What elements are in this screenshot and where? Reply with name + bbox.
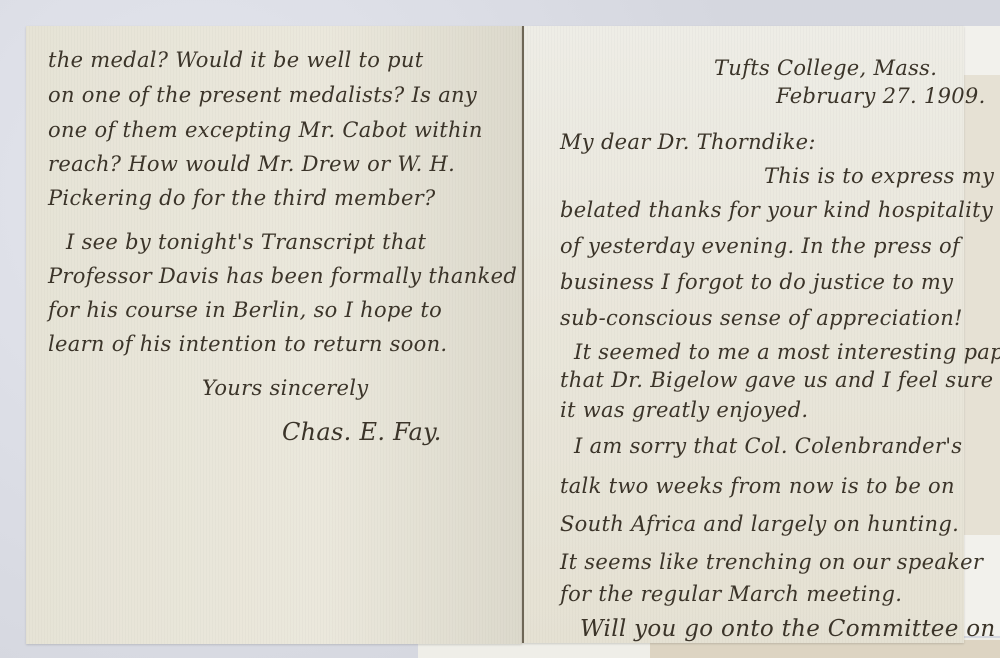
underlying-page-edge [960, 75, 1000, 535]
letter-line: belated thanks for your kind hospitality [560, 198, 993, 222]
letter-left-page: the medal? Would it be well to put on on… [26, 26, 522, 644]
letter-line: Pickering do for the third member? [48, 186, 436, 210]
letter-salutation: My dear Dr. Thorndike: [560, 130, 816, 154]
letter-line: for his course in Berlin, so I hope to [48, 298, 442, 322]
letter-line: it was greatly enjoyed. [560, 398, 808, 422]
letter-line: the medal? Would it be well to put [48, 48, 423, 72]
letter-line: South Africa and largely on hunting. [560, 512, 959, 536]
letter-line: of yesterday evening. In the press of [560, 234, 960, 258]
letter-line: one of them excepting Mr. Cabot within [48, 118, 483, 142]
letter-line: It seems like trenching on our speaker [560, 550, 983, 574]
letter-right-page: Tufts College, Mass. February 27. 1909. … [522, 26, 964, 643]
letter-place: Tufts College, Mass. [714, 56, 937, 80]
letter-line: Will you go onto the Committee on [580, 616, 996, 642]
letter-line: Professor Davis has been formally thanke… [48, 264, 517, 288]
letter-line: learn of his intention to return soon. [48, 332, 447, 356]
letter-signature: Chas. E. Fay. [282, 418, 442, 446]
letter-line: that Dr. Bigelow gave us and I feel sure [560, 368, 993, 392]
letter-line: reach? How would Mr. Drew or W. H. [48, 152, 455, 176]
letter-closing: Yours sincerely [202, 376, 368, 400]
letter-line: talk two weeks from now is to be on [560, 474, 955, 498]
letter-line: sub-conscious sense of appreciation! [560, 306, 963, 330]
letter-date: February 27. 1909. [776, 84, 986, 108]
letter-line: for the regular March meeting. [560, 582, 902, 606]
letter-line: I am sorry that Col. Colenbrander's [574, 434, 962, 458]
letter-line: business I forgot to do justice to my [560, 270, 953, 294]
letter-line: on one of the present medalists? Is any [48, 83, 477, 107]
letter-line: It seemed to me a most interesting paper [574, 340, 1000, 364]
letter-line: I see by tonight's Transcript that [66, 230, 426, 254]
letter-line: This is to express my [764, 164, 994, 188]
